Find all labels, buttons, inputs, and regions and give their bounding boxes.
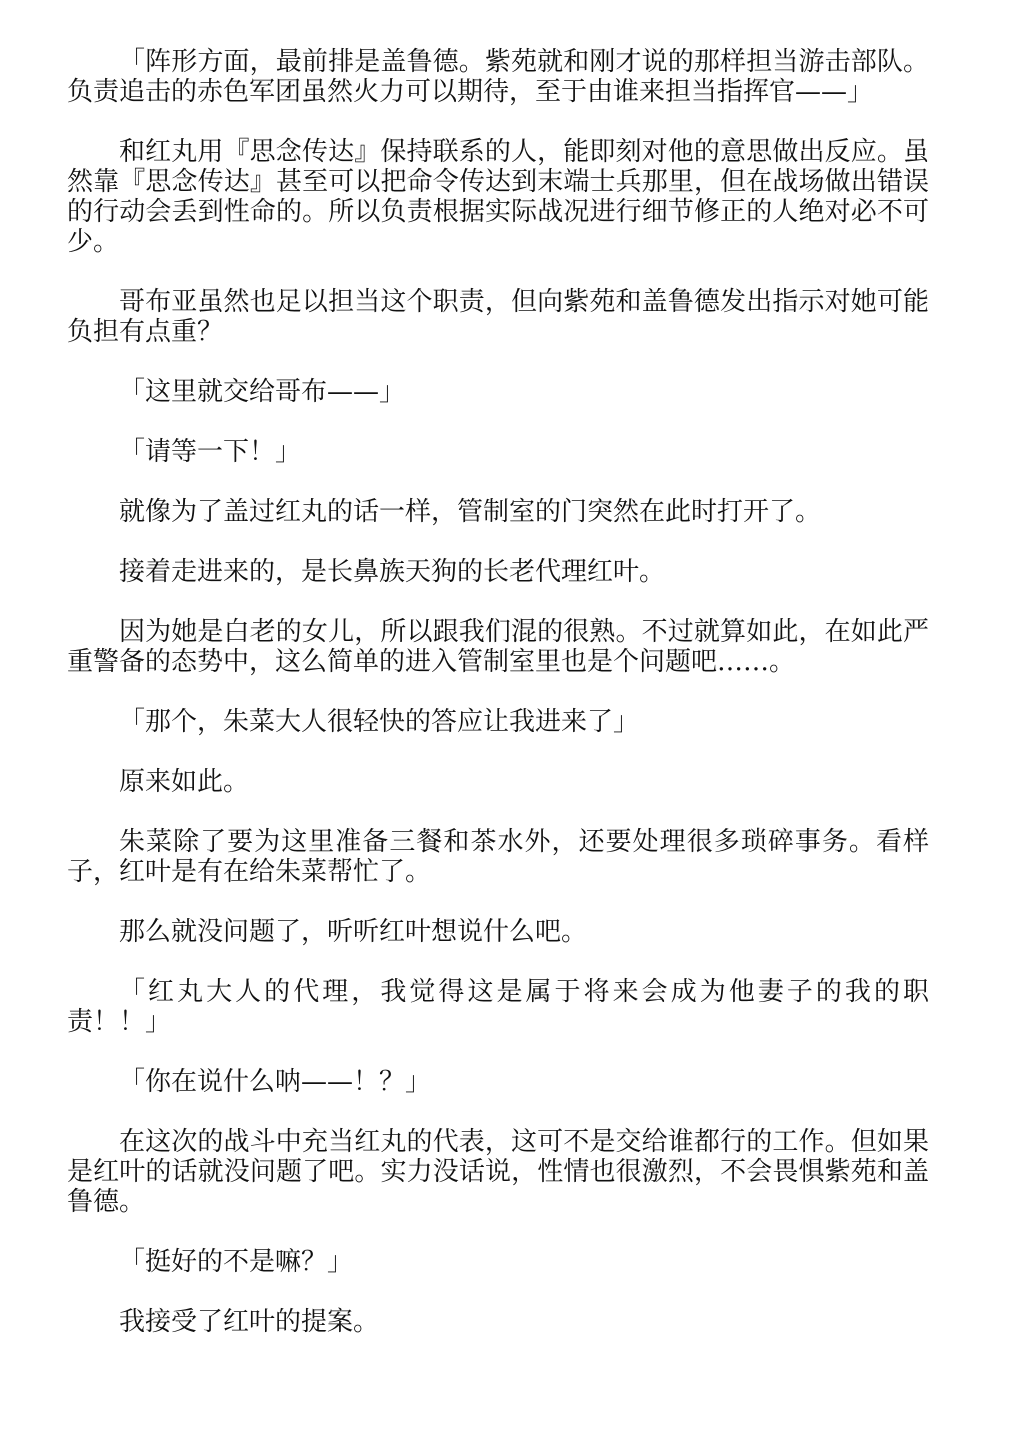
paragraph-narration: 就像为了盖过红丸的话一样，管制室的门突然在此时打开了。 — [67, 497, 929, 527]
paragraph-dialogue: 「那个，朱菜大人很轻快的答应让我进来了」 — [67, 707, 929, 737]
paragraph-narration: 我接受了红叶的提案。 — [67, 1307, 929, 1337]
paragraph-narration: 那么就没问题了，听听红叶想说什么吧。 — [67, 917, 929, 947]
paragraph-dialogue: 「阵形方面，最前排是盖鲁德。紫苑就和刚才说的那样担当游击部队。负责追击的赤色军团… — [67, 47, 929, 107]
paragraph-narration: 因为她是白老的女儿，所以跟我们混的很熟。不过就算如此，在如此严重警备的态势中，这… — [67, 617, 929, 677]
paragraph-narration: 和红丸用『思念传达』保持联系的人，能即刻对他的意思做出反应。虽然靠『思念传达』甚… — [67, 137, 929, 257]
paragraph-narration: 朱菜除了要为这里准备三餐和茶水外，还要处理很多琐碎事务。看样子，红叶是有在给朱菜… — [67, 827, 929, 887]
paragraph-narration: 接着走进来的，是长鼻族天狗的长老代理红叶。 — [67, 557, 929, 587]
paragraph-narration: 哥布亚虽然也足以担当这个职责，但向紫苑和盖鲁德发出指示对她可能负担有点重？ — [67, 287, 929, 347]
paragraph-narration: 在这次的战斗中充当红丸的代表，这可不是交给谁都行的工作。但如果是红叶的话就没问题… — [67, 1127, 929, 1217]
document-page: 「阵形方面，最前排是盖鲁德。紫苑就和刚才说的那样担当游击部队。负责追击的赤色军团… — [67, 47, 929, 1367]
paragraph-dialogue: 「红丸大人的代理，我觉得这是属于将来会成为他妻子的我的职责！！」 — [67, 977, 929, 1037]
paragraph-dialogue: 「这里就交给哥布——」 — [67, 377, 929, 407]
paragraph-dialogue: 「你在说什么呐——！？」 — [67, 1067, 929, 1097]
paragraph-dialogue: 「请等一下！」 — [67, 437, 929, 467]
paragraph-dialogue: 「挺好的不是嘛？」 — [67, 1247, 929, 1277]
paragraph-narration: 原来如此。 — [67, 767, 929, 797]
